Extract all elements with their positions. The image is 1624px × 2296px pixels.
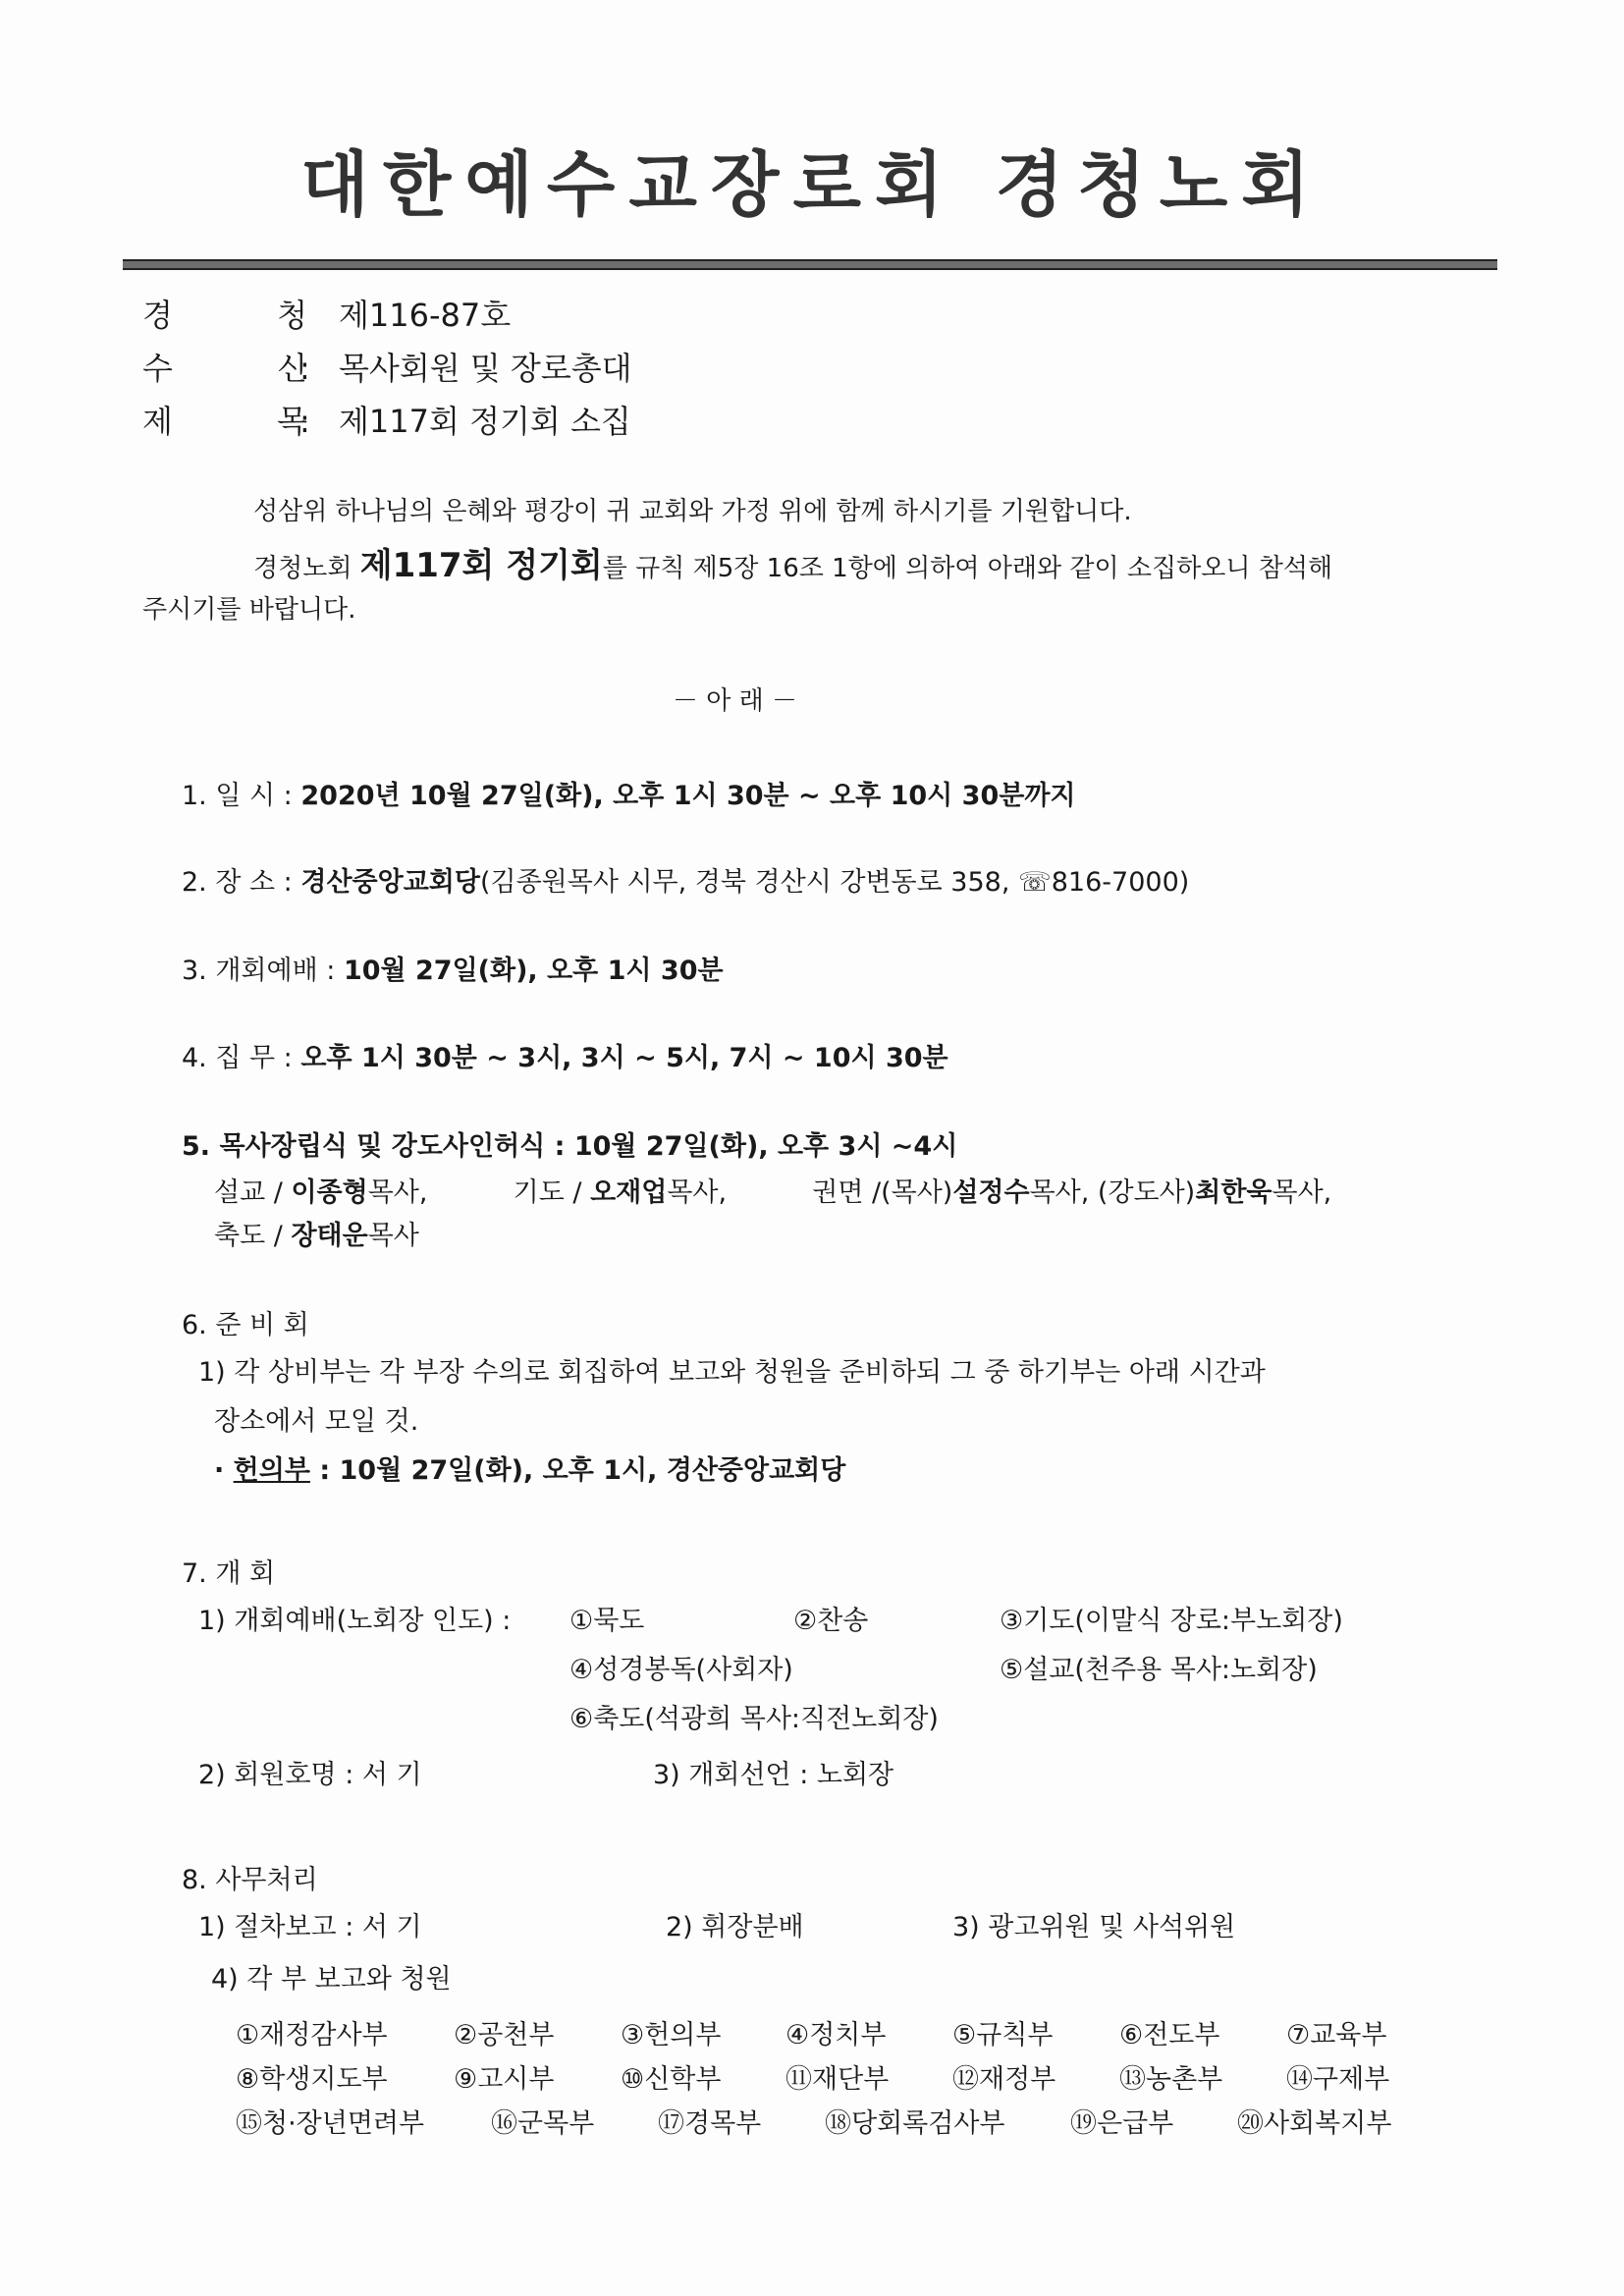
dept-19: ⑲은급부 <box>1070 2102 1173 2140</box>
dept-1: ①재정감사부 <box>236 2013 388 2051</box>
subject-label: 제 목 <box>142 397 299 442</box>
subject: 제117회 정기회 소집 <box>339 403 631 440</box>
opening-declaration: 3) 개회선언 : 노회장 <box>653 1753 893 1791</box>
ordination-roles-line-1: 설교 / 이종형목사, 기도 / 오재업목사, 권면 /(목사)설정수목사, (… <box>214 1171 1331 1209</box>
dept-10: ⑩신학부 <box>621 2057 721 2096</box>
item-business-hours: 4. 집 무 : 오후 1시 30분 ~ 3시, 3시 ~ 5시, 7시 ~ 1… <box>182 1036 948 1074</box>
worship-step-1: ①묵도 <box>569 1599 644 1637</box>
doc-number: 제116-87호 <box>339 297 511 334</box>
preparation-bullet: · 헌의부 : 10월 27일(화), 오후 1시, 경산중앙교회당 <box>214 1449 845 1487</box>
dept-11: ⑪재단부 <box>785 2057 889 2096</box>
intro-line-3: 주시기를 바랍니다. <box>142 589 355 626</box>
dept-9: ⑨고시부 <box>454 2057 554 2096</box>
preparation-line-1: 1) 각 상비부는 각 부장 수의로 회집하여 보고와 청원을 준비하되 그 중… <box>198 1350 1266 1389</box>
business-procedure: 1) 절차보고 : 서 기 <box>198 1905 422 1943</box>
business-committees: 3) 광고위원 및 사석위원 <box>952 1905 1235 1943</box>
worship-step-3: ③기도(이말식 장로:부노회장) <box>1000 1599 1343 1637</box>
dept-2: ②공천부 <box>454 2013 554 2051</box>
dept-17: ⑰경목부 <box>658 2102 761 2140</box>
item-opening-worship: 3. 개회예배 : 10월 27일(화), 오후 1시 30분 <box>182 949 724 987</box>
document-title: 대한예수교장로회 경청노회 <box>0 128 1624 230</box>
dept-7: ⑦교육부 <box>1286 2013 1386 2051</box>
item-business: 8. 사무처리 <box>182 1858 318 1896</box>
below-heading: － 아 래 － <box>673 681 797 717</box>
worship-step-4: ④성경봉독(사회자) <box>569 1648 793 1686</box>
opening-worship-label: 1) 개회예배(노회장 인도) : <box>198 1599 511 1637</box>
dept-16: ⑯군목부 <box>491 2102 594 2140</box>
recipient-row: 수 신:목사회원 및 장로총대 <box>142 344 632 389</box>
dept-20: ⑳사회복지부 <box>1237 2102 1391 2140</box>
worship-step-6: ⑥축도(석광희 목사:직전노회장) <box>569 1697 939 1735</box>
worship-step-2: ②찬송 <box>793 1599 868 1637</box>
dept-12: ⑫재정부 <box>952 2057 1056 2096</box>
intro-line-2: 경청노회 제117회 정기회를 규칙 제5장 16조 1항에 의하여 아래와 같… <box>253 538 1332 586</box>
item-place: 2. 장 소 : 경산중앙교회당(김종원목사 시무, 경북 경산시 강변동로 3… <box>182 860 1189 899</box>
dept-13: ⑬농촌부 <box>1119 2057 1222 2096</box>
doc-number-label: 경 청 <box>142 291 299 336</box>
item-opening: 7. 개 회 <box>182 1552 275 1590</box>
subject-row: 제 목:제117회 정기회 소집 <box>142 397 631 442</box>
dept-heonui: 헌의부 <box>234 1455 310 1486</box>
ordination-roles-line-2: 축도 / 장태운목사 <box>214 1214 419 1252</box>
dept-3: ③헌의부 <box>621 2013 721 2051</box>
dept-14: ⑭구제부 <box>1286 2057 1389 2096</box>
intro-emphasis: 제117회 정기회 <box>360 546 603 585</box>
recipient: 목사회원 및 장로총대 <box>339 350 632 387</box>
dept-15: ⑮청·장년면려부 <box>236 2102 424 2140</box>
dept-8: ⑧학생지도부 <box>236 2057 388 2096</box>
business-badges: 2) 휘장분배 <box>666 1905 804 1943</box>
preparation-line-2: 장소에서 모일 것. <box>214 1399 418 1438</box>
title-divider <box>123 259 1497 270</box>
item-ordination: 5. 목사장립식 및 강도사인허식 : 10월 27일(화), 오후 3시 ~4… <box>182 1124 957 1163</box>
recipient-label: 수 신 <box>142 344 299 389</box>
doc-number-row: 경 청제116-87호 <box>142 291 511 336</box>
dept-6: ⑥전도부 <box>1119 2013 1219 2051</box>
dept-18: ⑱당회록검사부 <box>825 2102 1005 2140</box>
intro-line-1: 성삼위 하나님의 은혜와 평강이 귀 교회와 가정 위에 함께 하시기를 기원합… <box>253 491 1132 527</box>
worship-step-5: ⑤설교(천주용 목사:노회장) <box>1000 1648 1318 1686</box>
dept-5: ⑤규칙부 <box>952 2013 1053 2051</box>
item-date: 1. 일 시 : 2020년 10월 27일(화), 오후 1시 30분 ~ 오… <box>182 774 1075 812</box>
roll-call: 2) 회원호명 : 서 기 <box>198 1753 422 1791</box>
dept-4: ④정치부 <box>785 2013 886 2051</box>
item-preparation: 6. 준 비 회 <box>182 1303 309 1341</box>
business-reports: 4) 각 부 보고와 청원 <box>211 1957 452 1995</box>
